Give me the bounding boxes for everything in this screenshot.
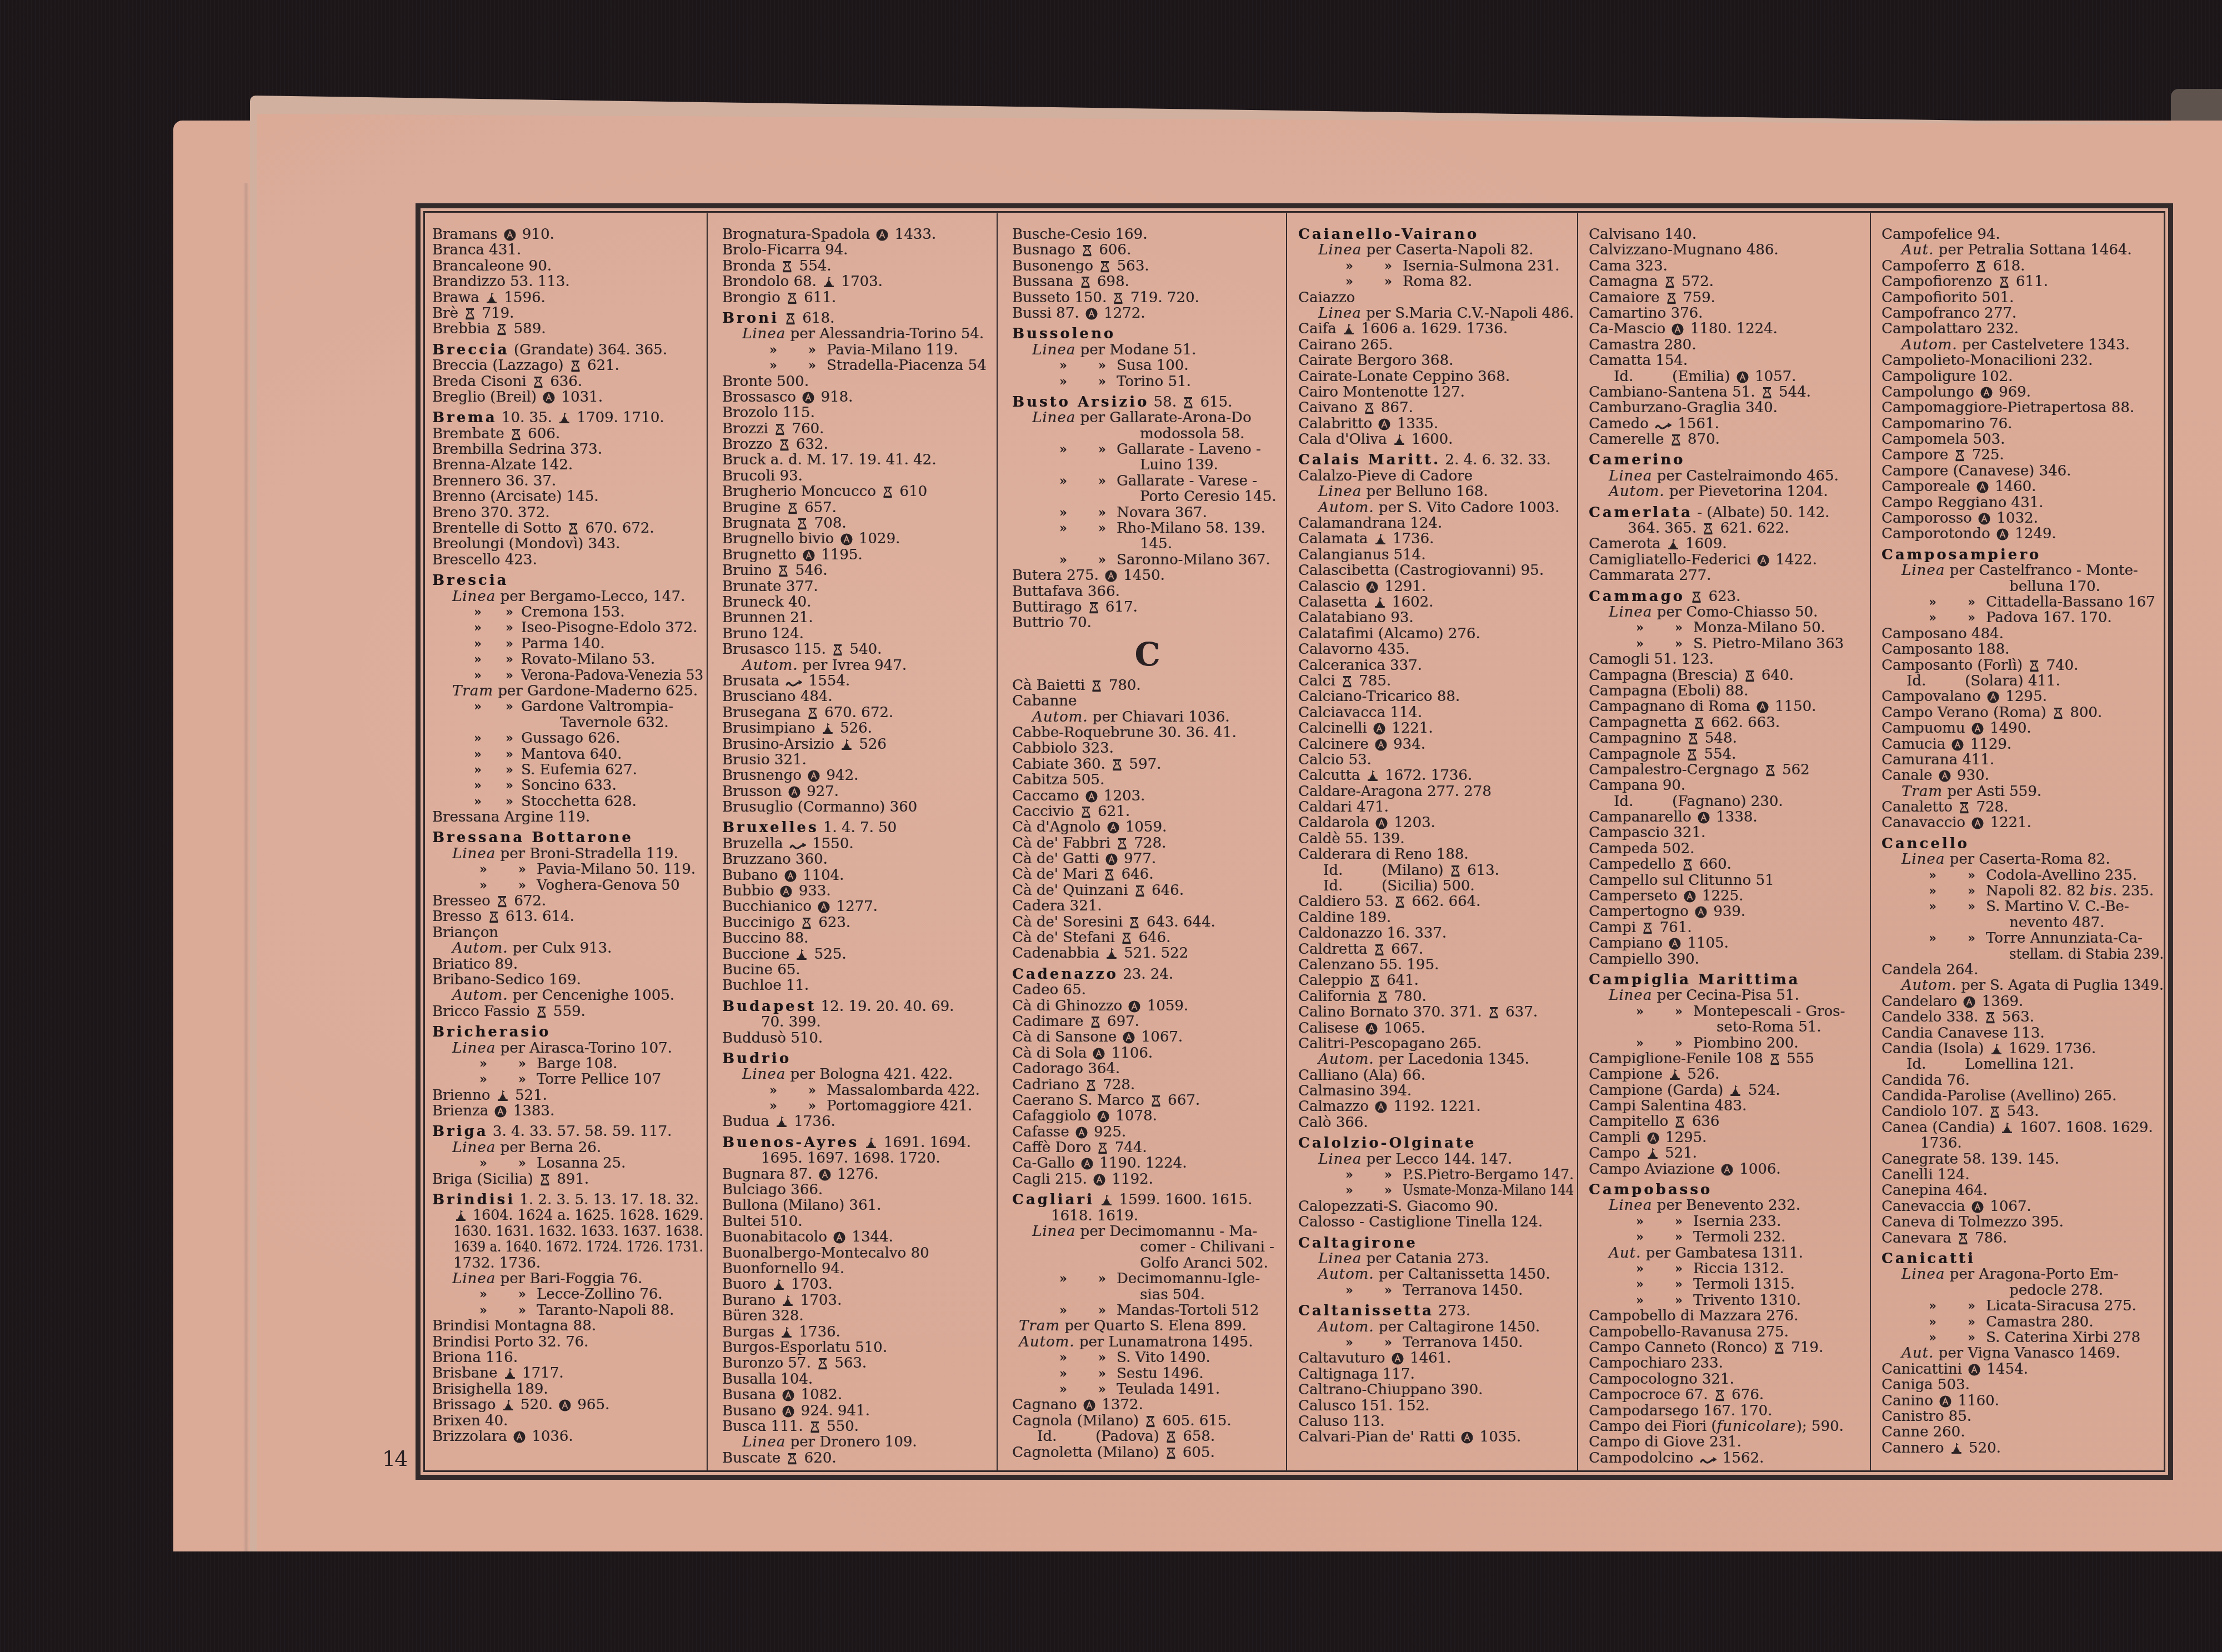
index-entry: Caltignaga 117. [1298,1366,1574,1382]
line-content: Calatabiano 93. [1298,610,1414,625]
index-entry: Campocroce 67. 676. [1589,1387,1866,1403]
route-line: Linea per Modane 51. [1012,342,1283,358]
index-entry: Cà Baietti 780. [1012,678,1283,693]
index-entry: Campomaggiore-Pietrapertosa 88. [1881,400,2164,415]
line-content: Brusciano 484. [722,689,833,704]
entry-text: Busalla 104. [722,1371,813,1388]
autobus-icon [1951,739,1964,751]
entry-text: Barge 108. [537,1055,617,1072]
entry-text: Calasetta [1298,594,1372,610]
entry-text: 1562. [1718,1450,1764,1466]
index-entry: Campo Reggiano 431. [1881,495,2164,510]
entry-text: per Chiavari 1036. [1088,709,1230,725]
entry-text: Brienza [432,1103,493,1119]
entry-text: Cà di Sansone [1012,1029,1121,1045]
autobus-icon [1971,1201,1984,1213]
entry-text: Stocchetta 628. [521,793,637,810]
ditto-mark: » [506,620,513,635]
line-content: Brindisi Porto 32. 76. [432,1334,588,1350]
line-content: Canistro 85. [1881,1409,1971,1424]
index-entry-main-station: Camerlata - (Albate) 50. 142. [1589,505,1866,520]
line-content: (Sicilia) 500. [1382,878,1475,894]
entry-text: Caccamo [1012,788,1084,804]
line-content: Calascio 1291. [1298,579,1426,594]
index-entry: Camogli 51. 123. [1589,652,1866,667]
entry-text: Calosso - Castiglione Tinella 124. [1298,1214,1543,1230]
entry-text: Brenna-Alzate 142. [432,457,573,473]
line-content: 1695. 1697. 1698. 1720. [761,1150,940,1166]
entry-text: per Modane 51. [1075,342,1196,358]
ditto-mark: » [1968,868,1975,883]
line-content: Campeda 502. [1589,841,1694,857]
ditto-mark: » [506,668,513,683]
index-entry: Brusnengo 942. [722,768,993,783]
line-content: Camposano 484. [1881,626,2004,642]
entry-text: 1221. [1387,720,1433,737]
line-content: Brentelle di Sotto 670. 672. [432,520,654,536]
line-content: belluna 170. [2009,579,2100,594]
entry-text: 676. [1727,1386,1764,1403]
entry-text: Bruino [722,562,776,579]
autobus-icon [1968,1364,1980,1376]
entry-text: 1736. [1920,1135,1961,1152]
route-line: Autom. per Lacedonia 1345. [1298,1052,1574,1067]
number-continuation: 1630. 1631. 1632. 1633. 1637. 1638. [432,1224,703,1239]
index-entry: Cabanne [1012,693,1283,709]
entry-text: per Castelvetere 1343. [1958,337,2130,353]
line-content: Brugherio Moncucco 610 [722,484,927,499]
line-content: Sestu 1496. [1117,1366,1203,1381]
entry-text: 1203. [1099,788,1145,804]
entry-text: 934. [1389,736,1425,753]
entry-text: Caluso 113. [1298,1413,1385,1430]
entry-text: 924. 941. [796,1403,869,1419]
line-content: Brugine 657. [722,500,837,515]
entry-text: 977. [1119,850,1156,867]
line-content: Caltavuturo 1461. [1298,1350,1451,1366]
entry-text: 1383. [508,1103,554,1119]
index-entry: Ca-Mascio 1180. 1224. [1589,321,1866,337]
line-content: Canino 1160. [1881,1393,1999,1409]
entry-text: Brugine [722,499,785,516]
route-line: Linea per Catania 273. [1298,1251,1574,1266]
number-continuation: 1695. 1697. 1698. 1720. [722,1150,993,1166]
line-content: Cittadella-Bassano 167 [1986,594,2155,610]
line-content: Calvisano 140. [1589,227,1696,242]
index-entry: Cadeo 65. [1012,982,1283,998]
entry-text: Campeda 502. [1589,840,1694,857]
line-content: Linea per Cecina-Pisa 51. [1609,988,1799,1003]
line-content: Linea per Alessandria-Torino 54. [742,326,984,342]
entry-text: Calliano (Ala) 66. [1298,1067,1425,1084]
entry-text: Brè [432,305,463,322]
entry-text: 1160. [1953,1393,1999,1409]
entry-text: Cà de' Quinzani [1012,882,1133,899]
route-line: Tram per Asti 559. [1881,784,2164,799]
autobus-icon [1971,817,1984,829]
index-entry: Brancaleone 90. [432,258,703,274]
tram-icon [1150,1095,1162,1107]
index-entry: Branca 431. [432,242,703,258]
line-content: Campione 526. [1589,1067,1719,1082]
line-content: Linea per Castelfranco - Monte- [1901,563,2138,578]
index-entry: Calliano (Ala) 66. [1298,1068,1574,1083]
entry-text: Camposanto 188. [1881,641,2009,658]
line-content: Campo di Giove 231. [1589,1434,1741,1450]
entry-text: Caldarola [1298,814,1374,831]
entry-text: per Berna 26. [496,1139,601,1156]
entry-text: Calusco 151. 152. [1298,1398,1429,1414]
line-content: Caldine 189. [1298,910,1391,925]
index-entry: Campodarsego 167. 170. [1589,1403,1866,1419]
steamship-icon [1990,1043,2003,1055]
service-type-label: Tram [452,683,493,699]
entry-text: Bucchianico [722,898,816,915]
line-content: Busche-Cesio 169. [1012,227,1147,242]
steamship-icon [558,412,570,424]
entry-text: 660. [1695,856,1731,873]
entry-text: Campascio 321. [1589,824,1705,841]
line-content: Autom. per S. Agata di Puglia 1349. [1901,978,2164,993]
ditto-mark: » [1345,1183,1353,1198]
entry-text: Bussana [1012,273,1078,290]
line-content: Autom. per Castelvetere 1343. [1901,337,2130,353]
entry-text: Campofiorito 501. [1881,289,2014,306]
line-content: Cammarata 277. [1589,568,1711,583]
entry-text: Briatico 89. [432,956,518,973]
entry-text: 697. [1103,1013,1139,1030]
service-type-label: Aut. [1901,1345,1934,1361]
line-content: Caltignaga 117. [1298,1366,1415,1382]
entry-text: 1460. [1990,478,2036,495]
entry-text: 728. [1971,799,2008,815]
line-content: Brusegana 670. 672. [722,705,893,720]
entry-text: 740. [2041,657,2078,674]
line-content: Tram per Quarto S. Elena 899. [1019,1318,1247,1334]
line-content: Brixen 40. [432,1413,508,1429]
route-sub-line: »»Usmate-Monza-Milano 144 [1298,1183,1574,1198]
ditto-mark: » [1098,1381,1106,1397]
line-content: Caerano S. Marco 667. [1012,1093,1200,1108]
route-line: Tram per Quarto S. Elena 899. [1012,1318,1283,1334]
index-entry: Briona 116. [432,1350,703,1365]
index-entry: Campiello 390. [1589,952,1866,967]
entry-text: Canino [1881,1393,1938,1409]
autobus-icon [1698,812,1710,824]
tram-icon [1113,292,1124,304]
service-type-label: Linea [1609,987,1652,1004]
line-content: Isernia 233. [1693,1214,1781,1229]
line-content: Campagna (Eboli) 88. [1589,683,1748,699]
entry-text: Breccia (Lazzago) [432,357,568,374]
index-entry: Campitello 636 [1589,1114,1866,1129]
entry-text: Canale [1881,767,1937,784]
index-entry: Campiglione-Fenile 108 555 [1589,1051,1866,1067]
index-entry: Calosso - Castiglione Tinella 124. [1298,1214,1574,1230]
index-entry: Calciavacca 114. [1298,705,1574,720]
entry-text: Massalombarda 422. [827,1082,980,1099]
entry-text: 1059. [1142,998,1188,1014]
ditto-mark: » [808,358,816,373]
number-continuation: 1736. [1881,1135,2164,1151]
entry-text: 1338. [1711,809,1758,825]
entry-text: 617. [1101,599,1138,615]
line-content: Brenno (Arcisate) 145. [432,489,599,504]
index-entry: Bronda 554. [722,258,993,274]
tram-icon [1342,675,1353,688]
number-continuation: 70. 399. [722,1014,993,1030]
tram-icon [570,360,581,372]
line-content: Caniga 503. [1881,1377,1970,1393]
tram-icon [787,502,798,514]
entry-text: Tavernole 632. [560,714,669,731]
ditto-mark: » [1968,1314,1975,1330]
entry-text: 1736. [789,1113,835,1130]
line-content: Brennero 36. 37. [432,473,556,489]
route-line: Linea per Aragona-Porto Em- [1881,1266,2164,1282]
station-name-bold: Brescia [432,572,508,589]
entry-text: 550. [822,1418,859,1435]
ditto-mark: » [518,1155,526,1171]
entry-text: Busonengo [1012,258,1098,274]
ditto-mark: » [479,1056,487,1072]
entry-text: Burgos-Esporlatu 510. [722,1339,887,1356]
entry-text: Terranova 1450. [1403,1282,1523,1299]
entry-text: 572. [1677,273,1714,290]
index-entry: Brienno 521. [432,1088,703,1103]
line-content: Camporotondo 1249. [1881,526,2056,542]
entry-text: 1031. [557,389,603,406]
entry-text: Calopezzati-S. Giacomo 90. [1298,1198,1498,1215]
ditto-mark: » [474,747,482,762]
index-entry-main-station: Brescia [432,573,703,588]
index-entry: Ca-Gallo 1190. 1224. [1012,1155,1283,1171]
entry-text: Gallarate - Laveno - [1117,441,1261,458]
ditto-mark: » [1345,1335,1353,1350]
index-entry: Caldretta 667. [1298,942,1574,957]
line-content: Brienno 521. [432,1088,547,1103]
ditto-mark: » [1636,1004,1644,1019]
ditto-mark: » [1059,473,1067,489]
line-content: Calcinere 934. [1298,737,1425,752]
tram-icon [787,292,798,304]
autobus-icon [1684,890,1696,903]
index-entry-main-station: Camposampiero [1881,547,2164,563]
line-content: Camastra 280. [1589,337,1696,353]
line-content: Brema 10. 35. 1709. 1710. [432,410,664,425]
ditto-mark: » [1929,868,1936,883]
entry-text: 670. 672. [580,520,654,537]
index-entry: Calalzo-Pieve di Cadore [1298,468,1574,484]
line-content: Briga 3. 4. 33. 57. 58. 59. 117. [432,1124,672,1139]
line-content: Calatafimi (Alcamo) 276. [1298,626,1480,642]
index-entry: Caerano S. Marco 667. [1012,1093,1283,1108]
index-entry: Cama 323. [1589,258,1866,274]
entry-text: 1106. [1107,1045,1153,1062]
entry-text: Briona 116. [432,1349,518,1366]
line-content: Buttirago 617. [1012,599,1138,615]
index-entry: Brandizzo 53. 113. [432,274,703,289]
tram-icon [1145,1415,1156,1428]
line-content: Cadorago 364. [1012,1061,1120,1077]
tram-icon [2053,707,2064,719]
entry-text: per Caserta-Napoli 82. [1362,242,1533,258]
index-entry: Caltavuturo 1461. [1298,1350,1574,1366]
entry-text: Campi [1589,919,1640,936]
line-content: Butera 275. 1450. [1012,568,1165,583]
line-content: Torre Pellice 107 [537,1072,661,1087]
entry-text: Campagnole [1589,746,1685,763]
entry-text: Cammarata 277. [1589,567,1711,584]
entry-text: Brandizzo 53. 113. [432,273,570,290]
entry-text: Brusimpiano [722,720,820,737]
index-entry: Brusio 321. [722,752,993,768]
service-type-label: Autom. [1019,1334,1075,1350]
entry-text: 646. [1134,929,1170,946]
route-sub-line: »»Cittadella-Bassano 167 [1881,594,2164,610]
steamship-icon [1950,1443,1963,1455]
entry-text: Brusino-Arsizio [722,736,839,753]
index-column-5: Calvisano 140.Calvizzano-Mugnano 486.Cam… [1589,227,1866,1466]
index-entry: Brongio 611. [722,290,993,306]
route-sub-line: »»Termoli 1315. [1589,1276,1866,1292]
entry-text: Campello sul Clitunno 51 [1589,872,1774,889]
line-content: Brusino-Arsizio 526 [722,737,887,752]
line-content: 1732. 1736. [453,1255,541,1271]
entry-text: Campana 90. [1589,777,1685,794]
entry-text: Caltignaga 117. [1298,1366,1415,1383]
autobus-icon [833,1232,845,1244]
entry-text: 520. [516,1396,557,1413]
entry-text: 563. [1112,258,1149,274]
continuation-line: seto-Roma 51. [1589,1019,1866,1035]
line-content: Linea per Caserta-Roma 82. [1901,852,2110,867]
index-entry: Cairo Montenotte 127. [1298,384,1574,400]
route-sub-line: »»Decimomannu-Igle- [1012,1271,1283,1286]
entry-text: Buscate [722,1450,785,1466]
line-content: Campi 761. [1589,920,1691,935]
route-sub-line: »»Massalombarda 422. [722,1083,993,1098]
ditto-mark: » [506,762,513,778]
line-content: Canevara 786. [1881,1230,2007,1246]
line-content: Linea per Gallarate-Arona-Do [1032,410,1252,425]
entry-text: Brossasco [722,389,800,406]
entry-text: per Caltanissetta 1450. [1374,1266,1550,1283]
entry-text: 1422. [1771,552,1817,568]
steamship-icon [502,1399,514,1411]
line-content: Cancello [1881,836,1969,852]
index-entry-main-station: Buenos-Ayres 1691. 1694. [722,1135,993,1150]
tram-icon [496,323,507,336]
line-content: Brondolo 68. 1703. [722,274,883,289]
entry-text: 559. [549,1003,585,1020]
index-entry: Cagnano 1372. [1012,1397,1283,1413]
entry-text: Bubbio [722,883,778,899]
index-entry: Campodolcino 1562. [1589,1450,1866,1466]
steamship-icon [1669,1069,1681,1081]
line-content: Cannero 520. [1881,1440,2001,1456]
line-content: Cà Baietti 780. [1012,678,1141,693]
autobus-icon [1097,1110,1109,1123]
line-content: Campagnino 548. [1589,730,1737,746]
service-type-label: Autom. [1032,709,1088,725]
line-content: S. Caterina Xirbi 278 [1986,1330,2140,1345]
entry-text: 930. [1953,767,1989,784]
tram-icon [1085,1079,1097,1092]
line-content: Bricherasio [432,1024,551,1040]
index-entry: Buonfornello 94. [722,1261,993,1276]
line-content: Cadeo 65. [1012,982,1086,998]
entry-text: Caiazzo [1298,289,1355,306]
entry-text: 1596. [499,289,546,306]
entry-text: 1369. [1977,993,2023,1010]
line-content: Broni 618. [722,311,834,326]
entry-text: 1335. [1392,415,1438,432]
line-content: Buonabitacolo 1344. [722,1229,893,1245]
line-content: Tavernole 632. [560,715,669,730]
line-content: Campoferro 618. [1881,258,2025,274]
station-name-bold: Busto Arsizio [1012,394,1149,411]
entry-text: Cà de' Gatti [1012,850,1104,867]
line-content: Caldiero 53. 662. 664. [1298,894,1480,909]
index-entry: Buoro 1703. [722,1276,993,1292]
tram-icon [787,1453,798,1465]
line-content: Calusco 151. 152. [1298,1398,1429,1414]
index-entry: Cairate Bergoro 368. [1298,353,1574,368]
index-entry: Calopezzati-S. Giacomo 90. [1298,1199,1574,1214]
index-entry: Candia Canavese 113. [1881,1025,2164,1041]
entry-text: Camporotondo [1881,525,1995,542]
entry-text: Brawa [432,289,484,306]
line-content: Riccia 1312. [1693,1261,1784,1276]
index-entry: Brindisi Porto 32. 76. [432,1334,703,1350]
line-content: Iseo-Pisogne-Edolo 372. [521,620,697,635]
entry-text: per Lunamatrona 1495. [1075,1334,1253,1350]
line-content: Busano 924. 941. [722,1403,870,1419]
route-line: Autom. per Culx 913. [432,940,703,956]
entry-text: Bullona (Milano) 361. [722,1197,881,1214]
index-entry: Busana 1082. [722,1387,993,1403]
index-entry: Calamandrana 124. [1298,515,1574,531]
entry-text: 526. [835,720,872,737]
entry-text: per Lecco 144. 147. [1362,1151,1512,1168]
entry-text: 918. [816,389,853,406]
tram-icon [1975,261,1986,273]
entry-text: Campo dei Fiori ( [1589,1418,1716,1435]
service-type-label: Linea [1901,851,1945,868]
route-sub-line: »»Terranova 1450. [1298,1335,1574,1350]
line-content: Porto Ceresio 145. [1140,489,1276,504]
line-content: Caltrano-Chiuppano 390. [1298,1382,1483,1398]
line-content: Campolieto-Monacilioni 232. [1881,353,2093,368]
tram-icon [533,376,544,388]
tram-icon [1080,806,1092,818]
line-content: Cà di Sola 1106. [1012,1045,1153,1061]
line-content: Calosso - Castiglione Tinella 124. [1298,1214,1543,1230]
entry-text: 1703. [787,1276,833,1293]
line-content: Brescello 423. [432,552,537,568]
line-content: Brossasco 918. [722,389,853,405]
index-entry: Caldarola 1203. [1298,815,1574,830]
index-entry-main-station: Caltagirone [1298,1235,1574,1251]
line-content: Budrio [722,1051,791,1067]
tram-icon [1134,885,1145,897]
tram-icon [1394,896,1405,908]
ditto-mark: » [474,699,482,714]
page-edge-shadow [243,183,249,1551]
entry-text: Campedello [1589,856,1680,873]
service-type-label: Linea [452,1270,496,1287]
